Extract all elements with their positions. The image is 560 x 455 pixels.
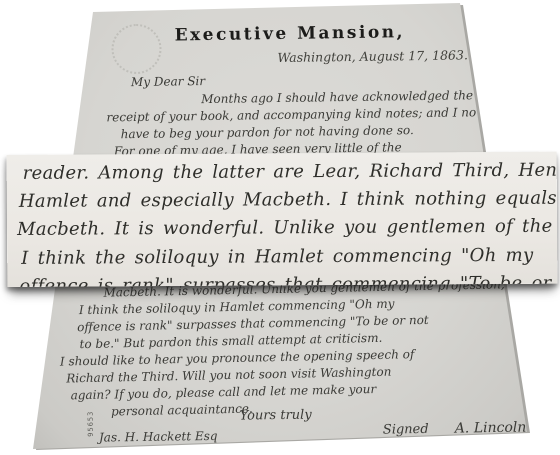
addressee: Jas. H. Hackett Esq: [99, 429, 218, 445]
catalog-number: 95653: [87, 411, 95, 437]
letterhead-masthead: Executive Mansion,: [137, 22, 442, 46]
magnified-line: Macbeth. It is wonderful. Unlike you gen…: [17, 215, 557, 240]
document-scan-canvas: Executive Mansion, Washington, August 17…: [0, 0, 560, 455]
magnified-line: reader. Among the latter are Lear, Richa…: [23, 159, 558, 184]
signed-label: Signed: [383, 422, 429, 438]
magnified-text-strip: reader. Among the latter are Lear, Richa…: [7, 152, 558, 287]
magnified-line: I think the soliloquy in Hamlet commenci…: [21, 245, 533, 269]
letter-body-lower: Macbeth. It is wonderful. Unlike you gen…: [58, 277, 491, 422]
salutation: My Dear Sir: [131, 74, 205, 89]
letterhead-dateline: Washington, August 17, 1863.: [258, 47, 488, 65]
valediction: Yours truly: [240, 408, 312, 424]
letter-body-upper: Months ago I should have acknowledged th…: [106, 87, 487, 160]
magnified-line: Hamlet and especially Macbeth. I think n…: [19, 188, 557, 212]
